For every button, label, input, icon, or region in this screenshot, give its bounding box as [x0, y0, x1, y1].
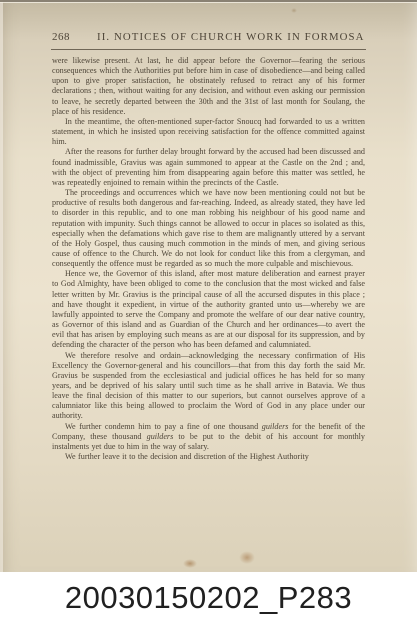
paragraph: We further condemn him to pay a fine of … [52, 422, 365, 452]
paragraph: Hence we, the Governor of this island, a… [52, 269, 365, 350]
page-header: 268 II. NOTICES OF CHURCH WORK IN FORMOS… [52, 31, 365, 43]
paragraph: We therefore resolve and ordain—acknowle… [52, 351, 365, 422]
paragraph: The proceedings and occurrences which we… [52, 188, 365, 269]
archive-id-strip: 20030150202_P283 [0, 572, 417, 640]
paper-stain [291, 8, 297, 13]
paragraph: We further leave it to the decision and … [52, 452, 365, 462]
page-paragraphs: were likewise present. At last, he did a… [52, 56, 365, 462]
header-rule [51, 49, 366, 50]
paper-stain [183, 559, 197, 568]
page-number: 268 [52, 31, 70, 43]
paper-stain [239, 551, 255, 564]
archive-id-label: 20030150202_P283 [65, 580, 352, 616]
chapter-title: II. NOTICES OF CHURCH WORK IN FORMOSA [97, 31, 365, 43]
paragraph: In the meantime, the often-mentioned sup… [52, 117, 365, 147]
paragraph: were likewise present. At last, he did a… [52, 56, 365, 117]
scanned-page: 268 II. NOTICES OF CHURCH WORK IN FORMOS… [0, 0, 417, 572]
paragraph: After the reasons for further delay brou… [52, 147, 365, 188]
scanned-book-photo: 268 II. NOTICES OF CHURCH WORK IN FORMOS… [0, 0, 417, 640]
